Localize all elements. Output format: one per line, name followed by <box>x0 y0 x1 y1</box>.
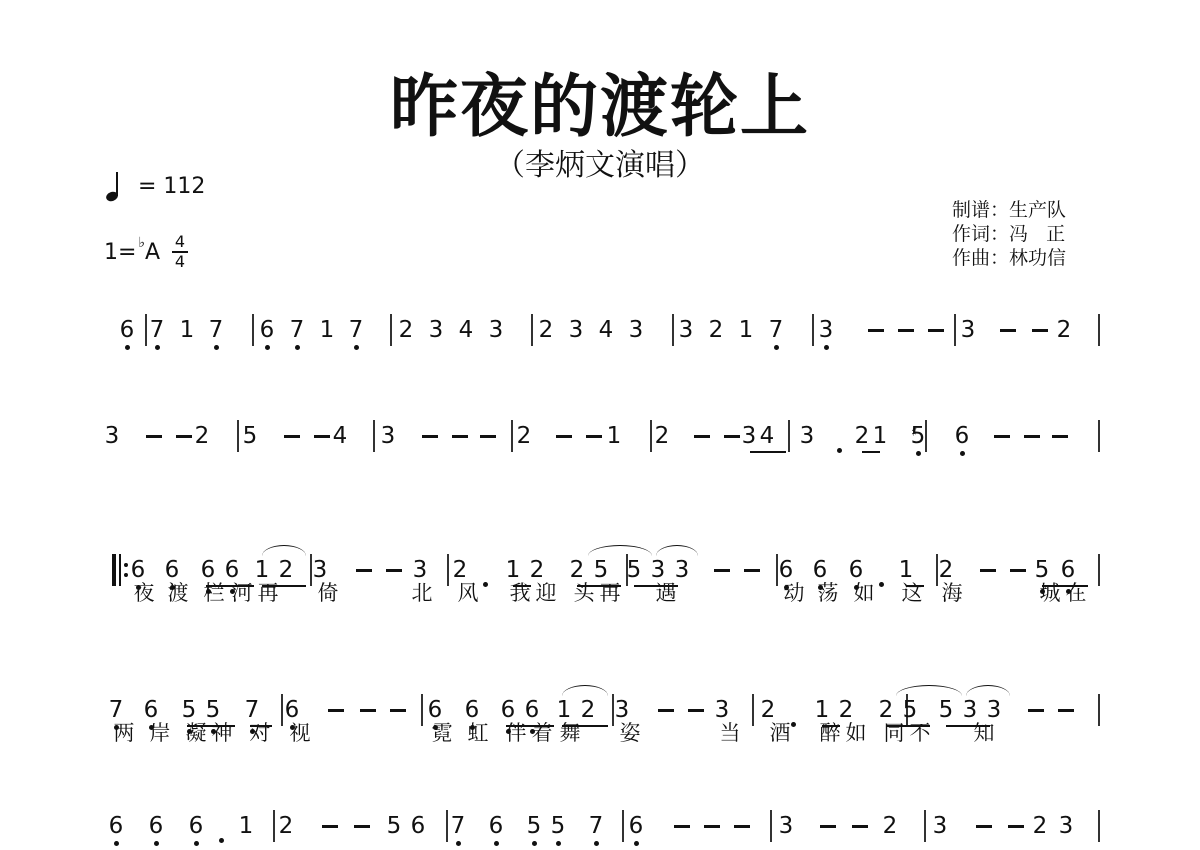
note: 3 <box>816 316 836 344</box>
lyric-char: 渡 <box>165 580 191 606</box>
lyric-char: 当 <box>717 720 743 746</box>
sustain-dash <box>928 329 944 332</box>
note: 7 <box>147 316 167 344</box>
bar-line <box>252 314 254 346</box>
lyric-char: 城 <box>1037 580 1063 606</box>
credit-lyricist: 作词：冯 正 <box>952 222 1066 246</box>
sharp-icon: ♯ <box>911 426 917 440</box>
low-octave-dot <box>114 841 119 846</box>
lyric-char: 北 <box>409 580 435 606</box>
note: 3 <box>626 316 646 344</box>
lyric-char: 不 <box>907 720 933 746</box>
note: 2 <box>514 422 534 450</box>
low-octave-dot <box>354 345 359 350</box>
sustain-dash <box>734 825 750 828</box>
low-octave-dot <box>960 451 965 456</box>
note: 4 <box>757 422 777 450</box>
lyric-char: 如 <box>843 720 869 746</box>
lyric-char: 酒 <box>767 720 793 746</box>
note: 5 <box>240 422 260 450</box>
bar-line <box>511 420 513 452</box>
bar-line <box>622 810 624 842</box>
note: 2 <box>652 422 672 450</box>
low-octave-dot <box>456 841 461 846</box>
repeat-start-thick <box>112 554 116 586</box>
note: 7 <box>448 812 468 840</box>
note: 2 <box>706 316 726 344</box>
note: 7 <box>586 812 606 840</box>
sustain-dash <box>714 569 730 572</box>
lyric-char: 醉 <box>817 720 843 746</box>
bar-line <box>531 314 533 346</box>
sustain-dash <box>868 329 884 332</box>
lyric-char: 伴 <box>503 720 529 746</box>
quarter-note-icon <box>106 172 120 202</box>
note: 6 <box>257 316 277 344</box>
bar-line <box>770 810 772 842</box>
slur-arc <box>966 685 1010 696</box>
bar-line <box>788 420 790 452</box>
sustain-dash <box>994 435 1010 438</box>
sustain-dash <box>724 435 740 438</box>
sustain-dash <box>328 709 344 712</box>
lyric-char: 在 <box>1063 580 1089 606</box>
sustain-dash <box>480 435 496 438</box>
sustain-dash <box>360 709 376 712</box>
slur-arc <box>896 685 962 696</box>
credits-block: 制谱：生产队 作词：冯 正 作曲：林功信 <box>952 198 1066 270</box>
sustain-dash <box>284 435 300 438</box>
note: 6 <box>408 812 428 840</box>
note: 5 <box>548 812 568 840</box>
credit-composer: 作曲：林功信 <box>952 246 1066 270</box>
low-octave-dot <box>494 841 499 846</box>
lyric-char: 夜 <box>131 580 157 606</box>
note: 6 <box>106 812 126 840</box>
sustain-dash <box>586 435 602 438</box>
sustain-dash <box>314 435 330 438</box>
lyric-char: 舞 <box>557 720 583 746</box>
tempo-marking: = 112 <box>106 170 205 204</box>
note: 2 <box>1030 812 1050 840</box>
lyric-char: 两 <box>111 720 137 746</box>
low-octave-dot <box>634 841 639 846</box>
sustain-dash <box>1052 435 1068 438</box>
low-octave-dot <box>214 345 219 350</box>
lyric-char: 岸 <box>147 720 173 746</box>
slur-arc <box>562 685 608 696</box>
lyric-char: 同 <box>881 720 907 746</box>
bar-line <box>752 694 754 726</box>
note: 5 <box>384 812 404 840</box>
note: 6 <box>952 422 972 450</box>
sustain-dash <box>1058 709 1074 712</box>
sustain-dash <box>1032 329 1048 332</box>
sustain-dash <box>976 825 992 828</box>
note: 3 <box>776 812 796 840</box>
note: 1 <box>736 316 756 344</box>
bar-line <box>1098 810 1100 842</box>
lyric-char: 视 <box>287 720 313 746</box>
lyric-char: 荡 <box>815 580 841 606</box>
sustain-dash <box>704 825 720 828</box>
note: 6 <box>626 812 646 840</box>
sustain-dash <box>744 569 760 572</box>
bar-line <box>273 810 275 842</box>
lyric-char: 凝 <box>183 720 209 746</box>
lyric-char: 着 <box>529 720 555 746</box>
note: 5 <box>624 556 644 584</box>
note: 6 <box>146 812 166 840</box>
bar-line <box>1098 694 1100 726</box>
note: 7 <box>346 316 366 344</box>
note: 4 <box>330 422 350 450</box>
note: 6 <box>486 812 506 840</box>
lyric-char: 虹 <box>465 720 491 746</box>
low-octave-dot <box>532 841 537 846</box>
lyric-char: 我 <box>507 580 533 606</box>
bar-line <box>924 810 926 842</box>
note: 3 <box>102 422 122 450</box>
note: 3 <box>958 316 978 344</box>
sustain-dash <box>688 709 704 712</box>
low-octave-dot <box>774 345 779 350</box>
sustain-dash <box>556 435 572 438</box>
low-octave-dot <box>154 841 159 846</box>
note: 1 <box>604 422 624 450</box>
sustain-dash <box>354 825 370 828</box>
key-signature: 1=♭A <box>104 238 160 270</box>
credit-arranger: 制谱：生产队 <box>952 198 1066 222</box>
lyric-char: 倚 <box>315 580 341 606</box>
lyric-char: 栏 <box>201 580 227 606</box>
low-octave-dot <box>125 345 130 350</box>
sustain-dash <box>980 569 996 572</box>
sustain-dash <box>898 329 914 332</box>
note: 2 <box>536 316 556 344</box>
augmentation-dot <box>483 582 488 587</box>
eighth-underline <box>862 451 880 453</box>
low-octave-dot <box>556 841 561 846</box>
note: 3 <box>486 316 506 344</box>
key-letter: A <box>145 240 160 265</box>
note: 7 <box>206 316 226 344</box>
tempo-value: = 112 <box>138 174 205 199</box>
sustain-dash <box>674 825 690 828</box>
sustain-dash <box>1000 329 1016 332</box>
sustain-dash <box>386 569 402 572</box>
sustain-dash <box>1024 435 1040 438</box>
lyric-char: 风 <box>455 580 481 606</box>
lyric-char: 姿 <box>617 720 643 746</box>
lyric-char: 这 <box>899 580 925 606</box>
lyric-char: 河 <box>229 580 255 606</box>
lyric-char: 神 <box>209 720 235 746</box>
sustain-dash <box>176 435 192 438</box>
lyric-char: 如 <box>851 580 877 606</box>
note: 1 <box>236 812 256 840</box>
note: 6 <box>186 812 206 840</box>
bar-line <box>237 420 239 452</box>
bar-line <box>672 314 674 346</box>
note: 1 <box>317 316 337 344</box>
note: 2 <box>852 422 872 450</box>
augmentation-dot <box>879 582 884 587</box>
sustain-dash <box>322 825 338 828</box>
time-sig-top: 4 <box>172 234 188 250</box>
note: 4 <box>456 316 476 344</box>
time-signature: 4 4 <box>172 234 188 270</box>
low-octave-dot <box>916 451 921 456</box>
augmentation-dot <box>219 838 224 843</box>
note: 2 <box>192 422 212 450</box>
bar-line <box>421 694 423 726</box>
lyric-char: 遇 <box>653 580 679 606</box>
note: 3 <box>426 316 446 344</box>
lyric-char: 再 <box>255 580 281 606</box>
bar-line <box>812 314 814 346</box>
lyric-char: 霓 <box>429 720 455 746</box>
note: 3 <box>739 422 759 450</box>
low-octave-dot <box>594 841 599 846</box>
low-octave-dot <box>295 345 300 350</box>
note: 3 <box>930 812 950 840</box>
note: 7 <box>287 316 307 344</box>
sustain-dash <box>1010 569 1026 572</box>
note: 2 <box>880 812 900 840</box>
sustain-dash <box>146 435 162 438</box>
note: 4 <box>596 316 616 344</box>
sustain-dash <box>390 709 406 712</box>
time-sig-bottom: 4 <box>172 254 188 270</box>
low-octave-dot <box>155 345 160 350</box>
lyric-char: 知 <box>971 720 997 746</box>
note: 3 <box>566 316 586 344</box>
lyric-char: 迎 <box>533 580 559 606</box>
low-octave-dot <box>824 345 829 350</box>
low-octave-dot <box>265 345 270 350</box>
lyric-char: 再 <box>597 580 623 606</box>
lyric-char: 海 <box>939 580 965 606</box>
sustain-dash <box>658 709 674 712</box>
repeat-start-thin <box>119 554 121 586</box>
sustain-dash <box>852 825 868 828</box>
note: 6 <box>117 316 137 344</box>
bar-line <box>390 314 392 346</box>
slur-arc <box>262 545 306 556</box>
sustain-dash <box>694 435 710 438</box>
sustain-dash <box>820 825 836 828</box>
note: 5 <box>524 812 544 840</box>
sustain-dash <box>1028 709 1044 712</box>
low-octave-dot <box>194 841 199 846</box>
lyric-char: 头 <box>571 580 597 606</box>
bar-line <box>1098 420 1100 452</box>
note: 1 <box>177 316 197 344</box>
key-prefix: 1= <box>104 240 136 265</box>
note: 3 <box>676 316 696 344</box>
sustain-dash <box>452 435 468 438</box>
note: 3 <box>378 422 398 450</box>
note: 2 <box>1054 316 1074 344</box>
sustain-dash <box>356 569 372 572</box>
note: 7 <box>766 316 786 344</box>
bar-line <box>1098 314 1100 346</box>
bar-line <box>1098 554 1100 586</box>
flat-icon: ♭ <box>138 235 145 251</box>
lyric-char: 对 <box>247 720 273 746</box>
augmentation-dot <box>837 448 842 453</box>
bar-line <box>954 314 956 346</box>
note: 1 <box>870 422 890 450</box>
eighth-underline <box>750 451 786 453</box>
bar-line <box>373 420 375 452</box>
slur-arc <box>588 545 652 556</box>
note: 3 <box>1056 812 1076 840</box>
bar-line <box>447 554 449 586</box>
note: 2 <box>396 316 416 344</box>
note: 3 <box>797 422 817 450</box>
song-title: 昨夜的渡轮上 <box>0 66 1200 150</box>
slur-arc <box>656 545 698 556</box>
sustain-dash <box>1008 825 1024 828</box>
note: 2 <box>276 812 296 840</box>
note: 5 <box>936 696 956 724</box>
lyric-char: 动 <box>781 580 807 606</box>
sustain-dash <box>422 435 438 438</box>
